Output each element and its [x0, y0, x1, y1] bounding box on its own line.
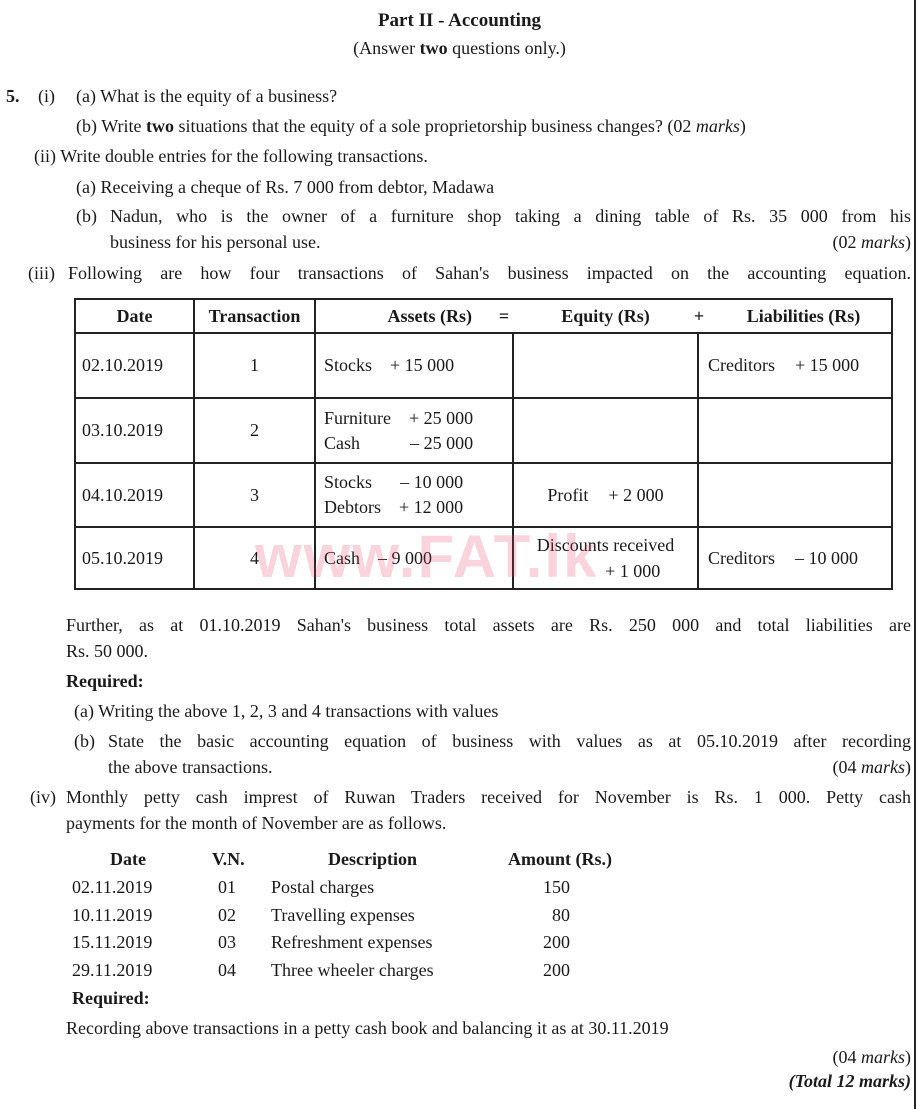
cell-assets: Stocks+ 15 000: [324, 334, 504, 397]
pc-description: Postal charges: [271, 877, 374, 898]
part-ii-a: (a) Receiving a cheque of Rs. 7 000 from…: [76, 177, 494, 198]
cell-transaction: 3: [195, 464, 314, 526]
part-ii-a-text: Receiving a cheque of Rs. 7 000 from deb…: [100, 177, 494, 197]
part-i-a: (a) What is the equity of a business?: [76, 86, 337, 107]
marks-num: (02: [667, 116, 696, 136]
cell-date: 02.10.2019: [82, 334, 193, 397]
entry-item: Cash: [324, 431, 391, 456]
pc-date: 02.11.2019: [72, 877, 152, 898]
part-ii-label: (ii): [34, 146, 56, 166]
header-date: Date: [76, 300, 193, 332]
header-liabilities: Liabilities (Rs): [716, 300, 891, 332]
pc-vn: 02: [218, 905, 236, 926]
required-b-label: (b): [74, 731, 95, 752]
question-number: 5.: [6, 86, 20, 107]
instruction: (Answer two questions only.): [0, 38, 919, 59]
header-plus: +: [688, 300, 710, 332]
marks-close: ): [905, 757, 911, 777]
watermark: www.FAT.lk: [255, 522, 598, 591]
page-title: Part II - Accounting: [0, 10, 919, 32]
cell-liabilities: Creditors+ 15 000: [708, 334, 891, 397]
table-col-rule: [697, 332, 699, 588]
pc-vn: 01: [218, 877, 236, 898]
entry-item: Creditors: [708, 355, 775, 376]
part-ii-a-label: (a): [76, 177, 96, 197]
further-line1: Further, as at 01.10.2019 Sahan's busine…: [66, 615, 911, 636]
pc-header-date: Date: [110, 849, 146, 870]
part-iii-label: (iii): [28, 263, 55, 284]
pc-amount: 200: [518, 932, 570, 953]
assets-entries: Stocks+ 15 000: [324, 353, 454, 378]
pc-header-amount: Amount (Rs.): [508, 849, 612, 870]
pc-required-text: Recording above transactions in a petty …: [66, 1018, 669, 1039]
marks-word: marks: [861, 757, 905, 777]
part-iii-marks: (04 marks): [833, 757, 912, 778]
header-equity: Equity (Rs): [514, 300, 697, 332]
assets-entries: Stocks– 10 000Debtors+ 12 000: [324, 470, 463, 520]
required-b-line1: State the basic accounting equation of b…: [108, 731, 911, 752]
marks-num: (04: [833, 757, 862, 777]
pc-header-description: Description: [328, 849, 417, 870]
marks-close: ): [740, 116, 746, 136]
required-a-text: Writing the above 1, 2, 3 and 4 transact…: [98, 701, 498, 721]
required-label: Required:: [66, 671, 144, 692]
cell-assets: Stocks– 10 000Debtors+ 12 000: [324, 464, 504, 526]
total-marks: (Total 12 marks): [789, 1071, 911, 1092]
part-i-a-text: What is the equity of a business?: [100, 86, 337, 106]
pc-description: Three wheeler charges: [271, 960, 434, 981]
part-ii-b-line2: business for his personal use.: [110, 232, 320, 253]
entry-item: Creditors: [708, 548, 775, 569]
cell-date: 04.10.2019: [82, 464, 193, 526]
part-ii-b-label: (b): [76, 206, 97, 227]
part-i-label: (i): [38, 86, 55, 107]
part-i-b: (b) Write two situations that the equity…: [76, 116, 746, 137]
pc-amount: 80: [518, 905, 570, 926]
entry-value: – 10 000: [795, 548, 858, 569]
page-right-rule: [914, 0, 916, 1109]
entry-item: Profit: [547, 485, 588, 505]
part-iv-line1: Monthly petty cash imprest of Ruwan Trad…: [66, 787, 911, 808]
part-i-b-suffix: situations that the equity of a sole pro…: [174, 116, 663, 136]
part-iv-label: (iv): [30, 787, 56, 808]
assets-entries: Furniture+ 25 000Cash– 25 000: [324, 406, 473, 456]
part-ii-text: Write double entries for the following t…: [60, 146, 428, 166]
part-i-b-prefix: Write: [101, 116, 146, 136]
cell-equity: [514, 334, 697, 397]
entry-item: Furniture: [324, 406, 391, 431]
pc-amount: 200: [518, 960, 570, 981]
entry-item: Stocks: [324, 353, 372, 378]
entry-item: Debtors: [324, 495, 381, 520]
marks-close: ): [905, 232, 911, 252]
part-i-b-label: (b): [76, 116, 97, 136]
part-ii-marks: (02 marks): [833, 232, 912, 253]
cell-date: 03.10.2019: [82, 399, 193, 462]
marks-num: (02: [833, 232, 862, 252]
pc-required-label: Required:: [72, 988, 150, 1009]
pc-header-vn: V.N.: [212, 849, 245, 870]
required-a-label: (a): [74, 701, 94, 721]
pc-vn: 04: [218, 960, 236, 981]
part-ii-b-line1: Nadun, who is the owner of a furniture s…: [110, 206, 911, 227]
entry-item: Stocks: [324, 470, 381, 495]
part-iv-marks: (04 marks): [833, 1047, 912, 1068]
marks-word: marks: [861, 1047, 905, 1067]
entry-value: + 12 000: [399, 495, 463, 520]
header-equals: =: [494, 300, 514, 332]
cell-equity: [514, 399, 697, 462]
part-i-a-label: (a): [76, 86, 96, 106]
cell-liabilities: Creditors– 10 000: [708, 528, 891, 588]
entry-value: + 15 000: [390, 353, 454, 378]
cell-equity: Profit+ 2 000: [514, 464, 697, 526]
part-ii: (ii) Write double entries for the follow…: [34, 146, 428, 167]
cell-assets: Furniture+ 25 000Cash– 25 000: [324, 399, 504, 462]
instruction-suffix: questions only.): [448, 38, 566, 58]
part-iii-text: Following are how four transactions of S…: [68, 263, 911, 284]
further-line2: Rs. 50 000.: [66, 641, 148, 662]
cell-liabilities: [708, 464, 891, 526]
header-transaction: Transaction: [195, 300, 314, 332]
entry-value: + 15 000: [795, 355, 859, 376]
marks-num: (04: [833, 1047, 862, 1067]
part-iv-line2: payments for the month of November are a…: [66, 813, 446, 834]
marks-word: marks: [696, 116, 740, 136]
pc-amount: 150: [518, 877, 570, 898]
cell-date: 05.10.2019: [82, 528, 193, 588]
header-assets: Assets (Rs): [316, 300, 512, 332]
entry-value: – 10 000: [399, 470, 463, 495]
pc-date: 29.11.2019: [72, 960, 152, 981]
equity-entries: Profit+ 2 000: [547, 485, 663, 506]
pc-date: 10.11.2019: [72, 905, 152, 926]
marks-close: ): [905, 1047, 911, 1067]
entry-value: + 2 000: [608, 485, 663, 505]
entry-value: – 25 000: [409, 431, 473, 456]
pc-description: Travelling expenses: [271, 905, 415, 926]
required-b-line2: the above transactions.: [108, 757, 272, 778]
cell-liabilities: [708, 399, 891, 462]
entry-value: + 25 000: [409, 406, 473, 431]
required-a: (a) Writing the above 1, 2, 3 and 4 tran…: [74, 701, 498, 722]
part-i-b-bold: two: [146, 116, 174, 136]
instruction-prefix: (Answer: [353, 38, 419, 58]
instruction-bold: two: [420, 38, 448, 58]
pc-vn: 03: [218, 932, 236, 953]
part-i-marks: (02 marks): [667, 116, 746, 136]
pc-description: Refreshment expenses: [271, 932, 432, 953]
cell-transaction: 1: [195, 334, 314, 397]
cell-transaction: 2: [195, 399, 314, 462]
marks-word: marks: [861, 232, 905, 252]
pc-date: 15.11.2019: [72, 932, 152, 953]
